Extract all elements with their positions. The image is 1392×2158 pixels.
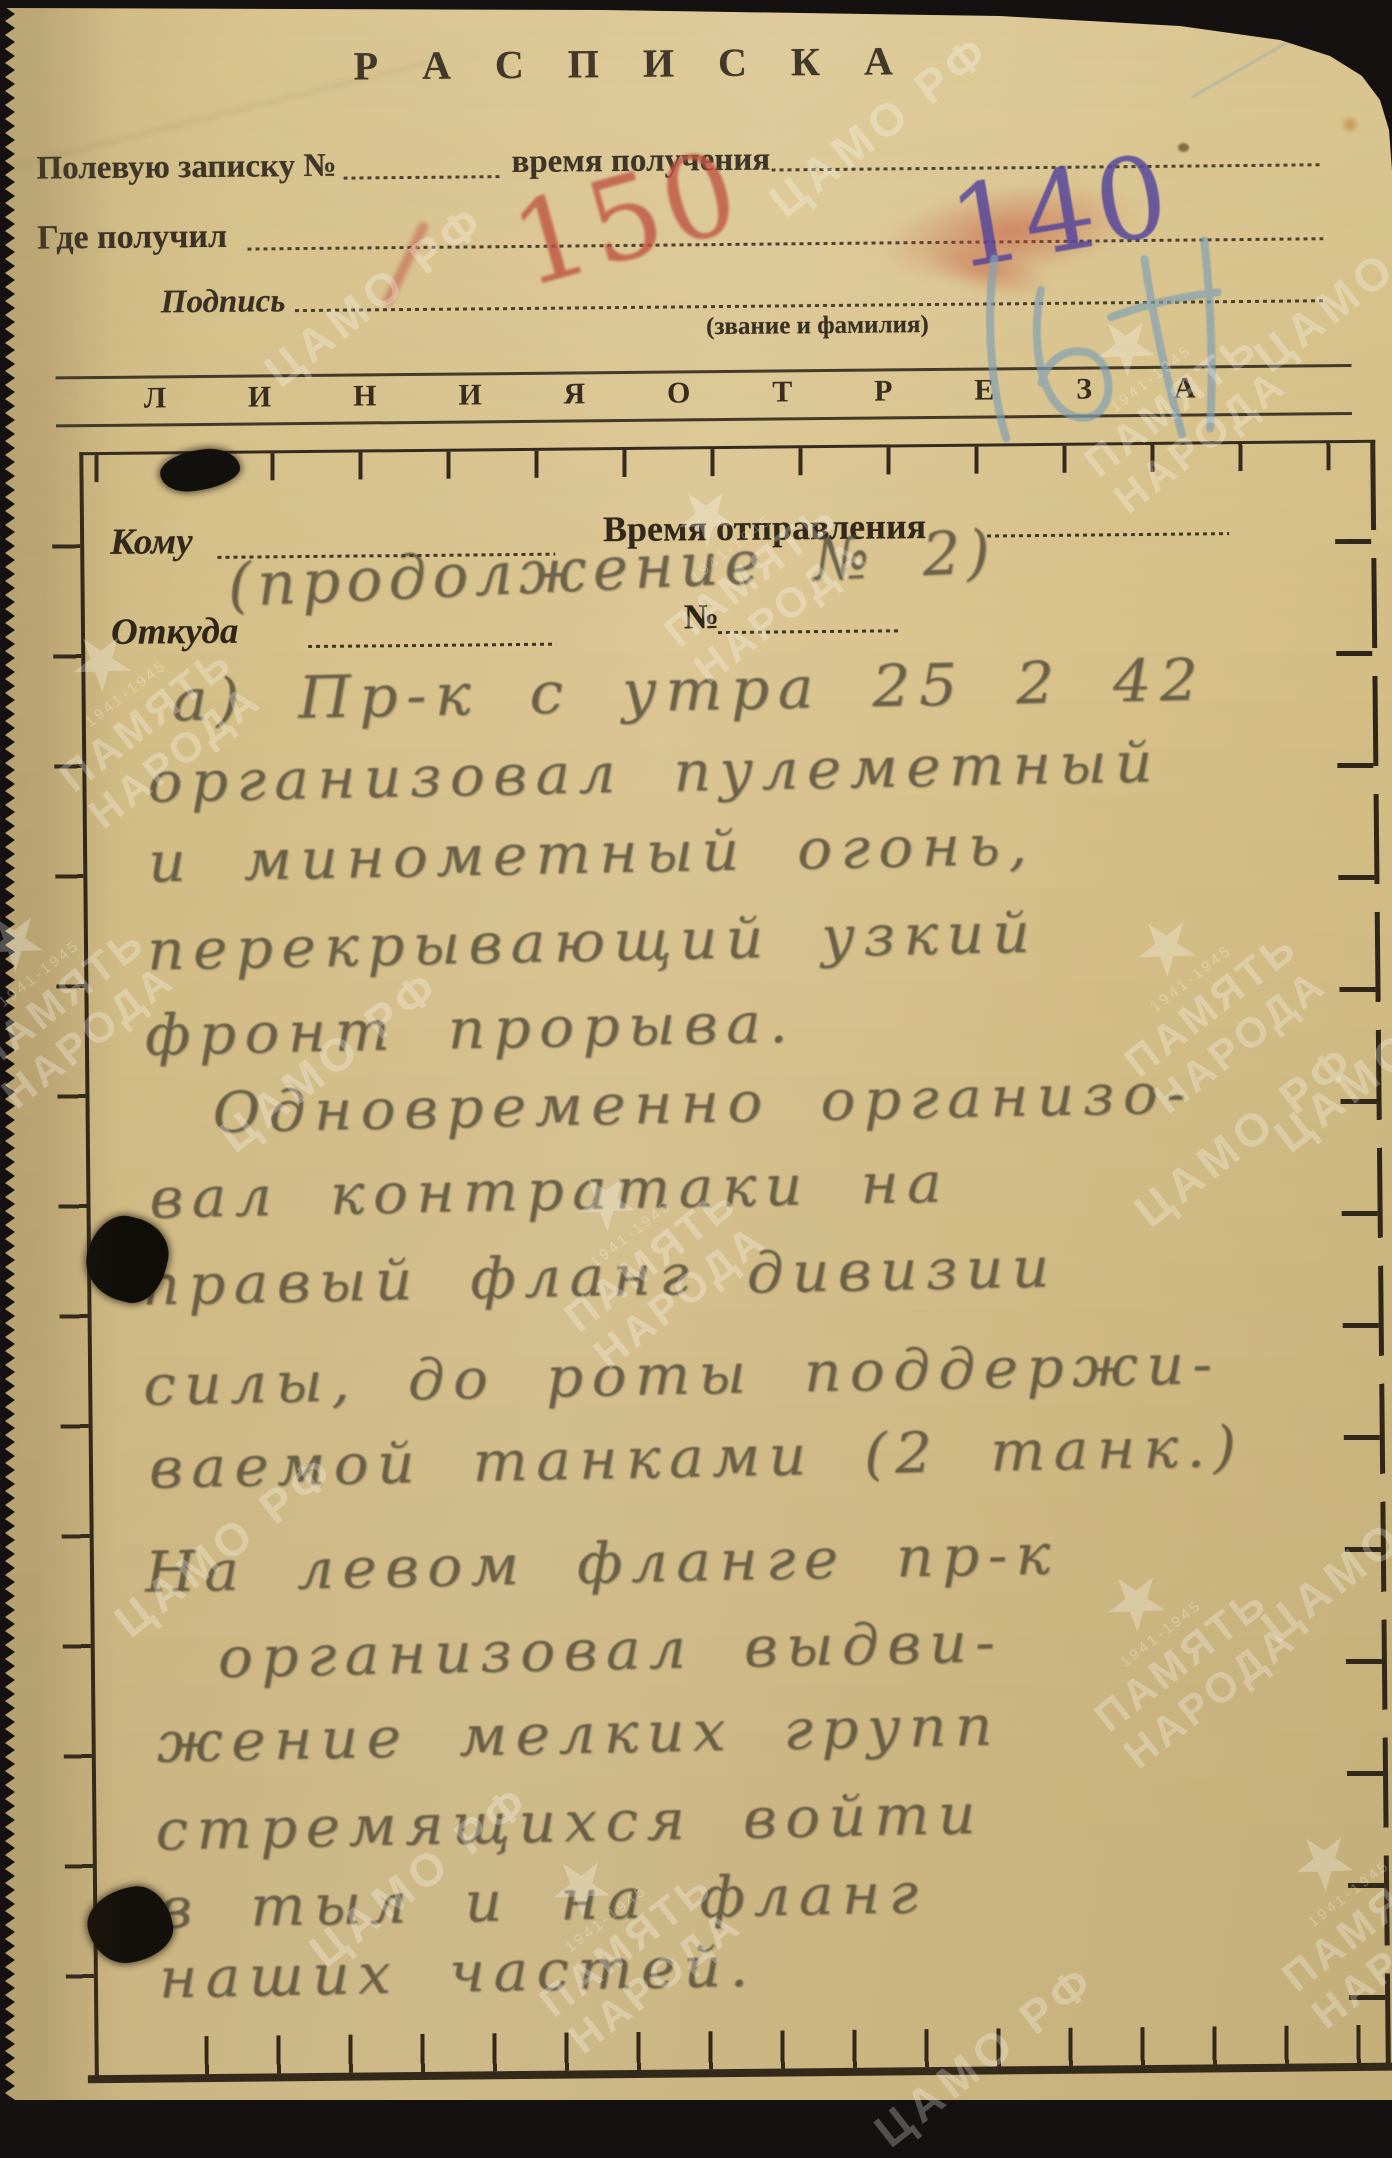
handwritten-line: вал контратаки на xyxy=(149,1151,951,1232)
handwritten-line: наших частей. xyxy=(158,1935,757,2012)
handwritten-line: перекрывающий узкий xyxy=(146,901,1038,984)
paper-hole xyxy=(78,1209,176,1310)
handwritten-line: стремящихся войти xyxy=(155,1782,984,1864)
handwritten-line: организовал выдви- xyxy=(217,1610,1004,1691)
cut-letter: А xyxy=(1174,371,1196,405)
number-line xyxy=(718,629,902,634)
box-border-top-ticks xyxy=(94,443,1370,482)
handwritten-line: Одновременно организо- xyxy=(212,1061,1195,1146)
box-border-right-ticks xyxy=(1335,539,1385,2019)
cut-letter: И xyxy=(458,378,482,412)
box-border-bottom-ticks xyxy=(204,2025,1384,2074)
field-note-label: Полевую записку № xyxy=(36,148,336,188)
blue-pencil-scribble xyxy=(0,0,1392,2100)
red-pencil-smear xyxy=(921,234,1058,309)
handwritten-line: ваемой танками (2 танк.) xyxy=(148,1415,1245,1502)
handwritten-line: силы, до роты поддержи- xyxy=(143,1332,1221,1419)
ink-speck xyxy=(1178,143,1189,152)
from-label: Откуда xyxy=(111,610,239,654)
red-pencil-stroke xyxy=(381,220,430,307)
where-received-line xyxy=(247,237,1323,250)
cut-letter: З xyxy=(1076,372,1092,406)
cut-letter: Л xyxy=(144,381,167,415)
where-received-label: Где получил xyxy=(37,218,227,258)
cut-line-letters: Л И Н И Я О Т Р Е З А xyxy=(144,371,1196,415)
purple-ink-number: 140 xyxy=(941,130,1179,295)
time-sent-line xyxy=(987,532,1229,537)
cut-letter: О xyxy=(667,376,691,410)
box-border-left xyxy=(79,452,99,2082)
box-border-right xyxy=(1370,440,1391,2070)
paper-hole xyxy=(158,445,243,496)
handwritten-line: а) Пр-к с утра 25 2 42 xyxy=(171,646,1207,735)
box-border-top xyxy=(79,440,1375,455)
from-line xyxy=(308,643,556,648)
paper-hole xyxy=(81,1880,179,1970)
perforated-edge xyxy=(0,0,34,2100)
handwritten-line: правый фланг дивизии xyxy=(142,1235,1058,1318)
cut-letter: И xyxy=(248,380,272,414)
scanned-document-page: Р А С П И С К А Полевую записку № время … xyxy=(0,0,1392,2100)
cut-line-rule-bottom xyxy=(56,412,1352,427)
handwritten-line: На левом фланге пр-к xyxy=(144,1522,1059,1605)
field-note-line xyxy=(344,175,500,179)
number-label: № xyxy=(684,597,720,637)
signature-line xyxy=(295,299,1323,312)
box-border-left-ticks xyxy=(52,544,94,2024)
cut-line-rule-top xyxy=(56,364,1352,379)
red-pencil-number: 150 xyxy=(498,124,755,314)
signature-label: Подпись xyxy=(161,283,286,321)
cut-letter: Т xyxy=(772,375,792,409)
paper-sheet: Р А С П И С К А Полевую записку № время … xyxy=(0,0,1392,2100)
red-pencil-smear xyxy=(877,168,1144,297)
signature-hint: (звание и фамилия) xyxy=(706,311,929,341)
to-line xyxy=(217,553,555,559)
form-content: Р А С П И С К А Полевую записку № время … xyxy=(0,0,1392,2100)
cut-letter: Е xyxy=(974,373,994,407)
to-label: Кому xyxy=(110,520,193,564)
handwritten-line: в тыл и на фланг xyxy=(158,1861,927,1941)
rust-stain xyxy=(1340,116,1360,133)
time-sent-label: Время отправления xyxy=(603,505,926,550)
handwritten-line: фронт прорыва. xyxy=(144,991,796,1069)
box-border-bottom xyxy=(88,2063,1392,2084)
handwritten-line: и минометный огонь, xyxy=(148,813,1036,896)
paper-crease xyxy=(0,60,433,179)
cut-letter: Р xyxy=(874,374,893,408)
time-received-line xyxy=(772,163,1322,171)
form-title: Р А С П И С К А xyxy=(353,37,910,89)
cut-letter: Н xyxy=(353,379,377,413)
handwritten-line: организовал пулеметный xyxy=(147,730,1162,815)
handwritten-note: (продолжение № 2) xyxy=(226,517,997,621)
time-received-label: время получения xyxy=(511,142,770,181)
handwritten-line: жение мелких групп xyxy=(156,1694,1001,1776)
cut-letter: Я xyxy=(563,377,585,411)
